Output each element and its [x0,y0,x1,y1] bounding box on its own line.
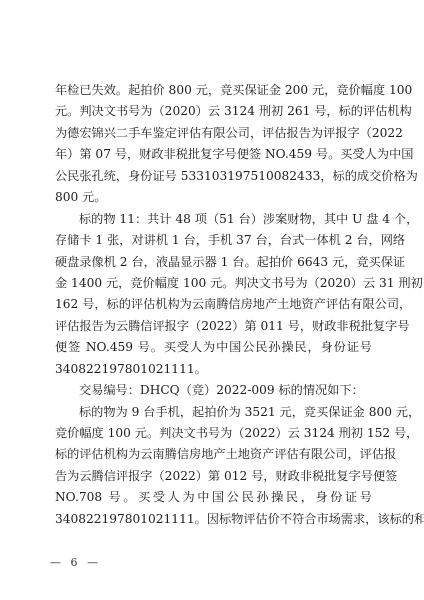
text-line: 340822197801021111。因标物评估价不符合市场需求，该标的和 [55,509,372,530]
text-line: 评估报告为云腾信评报字（2022）第 011 号，财政非税批复字号 [55,316,372,337]
text-line: 为德宏锦兴二手车鉴定评估有限公司，评估报告为评报字（2022 [55,123,372,144]
text-line: 800 元。 [55,187,372,208]
text-line: NO.708 号。买受人为中国公民孙操民，身份证号 [55,487,372,508]
paragraph-start-line: 标的物 11：共计 48 项（51 台）涉案财物，其中 U 盘 4 个， [55,209,372,230]
text-line: 告为云腾信评报字（2022）第 012 号，财政非税批复字号便签 [55,466,372,487]
text-line: 162 号，标的评估机构为云南腾信房地产土地资产评估有限公司， [55,294,372,315]
document-body: 年检已失效。起拍价 800 元，竞买保证金 200 元，竞价幅度 100 元。判… [55,80,372,530]
text-line: 340822197801021111。 [55,359,372,380]
text-line: 年检已失效。起拍价 800 元，竞买保证金 200 元，竞价幅度 100 [55,80,372,101]
text-line: 元。判决文书号为（2020）云 3124 刑初 261 号，标的评估机构 [55,101,372,122]
page-number: — 6 — [50,555,101,571]
text-line: 年）第 07 号，财政非税批复字号便签 NO.459 号。买受人为中国 [55,144,372,165]
text-line: 标的评估机构为云南腾信房地产土地资产评估有限公司，评估报 [55,444,372,465]
text-line: 竞价幅度 100 元。判决文书号为（2022）云 3124 刑初 152 号， [55,423,372,444]
paragraph-start-line: 标的物为 9 台手机，起拍价为 3521 元，竞买保证金 800 元， [55,402,372,423]
text-line: 便签 NO.459 号。买受人为中国公民孙操民，身份证号 [55,337,372,358]
section-heading-line: 交易编号：DHCQ（竞）2022-009 标的情况如下： [55,380,372,401]
text-line: 存储卡 1 张，对讲机 1 台，手机 37 台，台式一体机 2 台，网络 [55,230,372,251]
text-line: 硬盘录像机 2 台，液晶显示器 1 台。起拍价 6643 元，竞买保证 [55,252,372,273]
document-page: 年检已失效。起拍价 800 元，竞买保证金 200 元，竞价幅度 100 元。判… [0,0,424,600]
text-line: 金 1400 元，竞价幅度 100 元。判决文书号为（2020）云 31 刑初 [55,273,372,294]
text-line: 公民张孔统，身份证号 533103197510082433，标的成交价格为 [55,166,372,187]
